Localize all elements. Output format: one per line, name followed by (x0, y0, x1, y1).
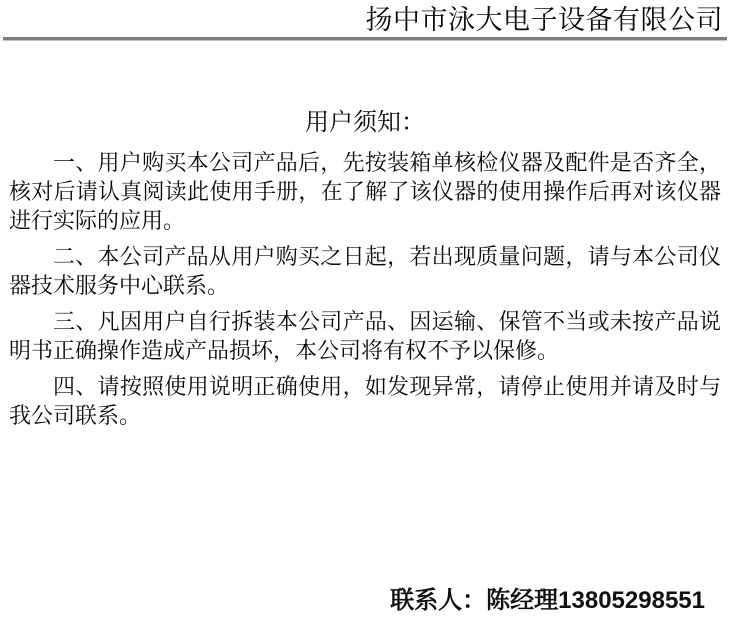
notice-paragraph-1: 一、用户购买本公司产品后，先按装箱单核检仪器及配件是否齐全，核对后请认真阅读此使… (9, 148, 721, 235)
notice-body: 用户须知： 一、用户购买本公司产品后，先按装箱单核检仪器及配件是否齐全，核对后请… (0, 108, 730, 430)
document-page: 扬中市泳大电子设备有限公司 用户须知： 一、用户购买本公司产品后，先按装箱单核检… (0, 0, 730, 621)
company-name: 扬中市泳大电子设备有限公司 (366, 5, 724, 35)
notice-paragraph-3: 三、凡因用户自行拆装本公司产品、因运输、保管不当或未按产品说明书正确操作造成产品… (9, 307, 721, 365)
notice-title: 用户须知： (9, 108, 721, 138)
document-header: 扬中市泳大电子设备有限公司 (0, 0, 730, 34)
notice-paragraph-4: 四、请按照使用说明正确使用，如发现异常，请停止使用并请及时与我公司联系。 (9, 372, 721, 430)
header-rule (3, 37, 727, 41)
notice-paragraph-2: 二、本公司产品从用户购买之日起，若出现质量问题，请与本公司仪器技术服务中心联系。 (9, 242, 721, 300)
contact-info: 联系人：陈经理13805298551 (390, 588, 705, 614)
